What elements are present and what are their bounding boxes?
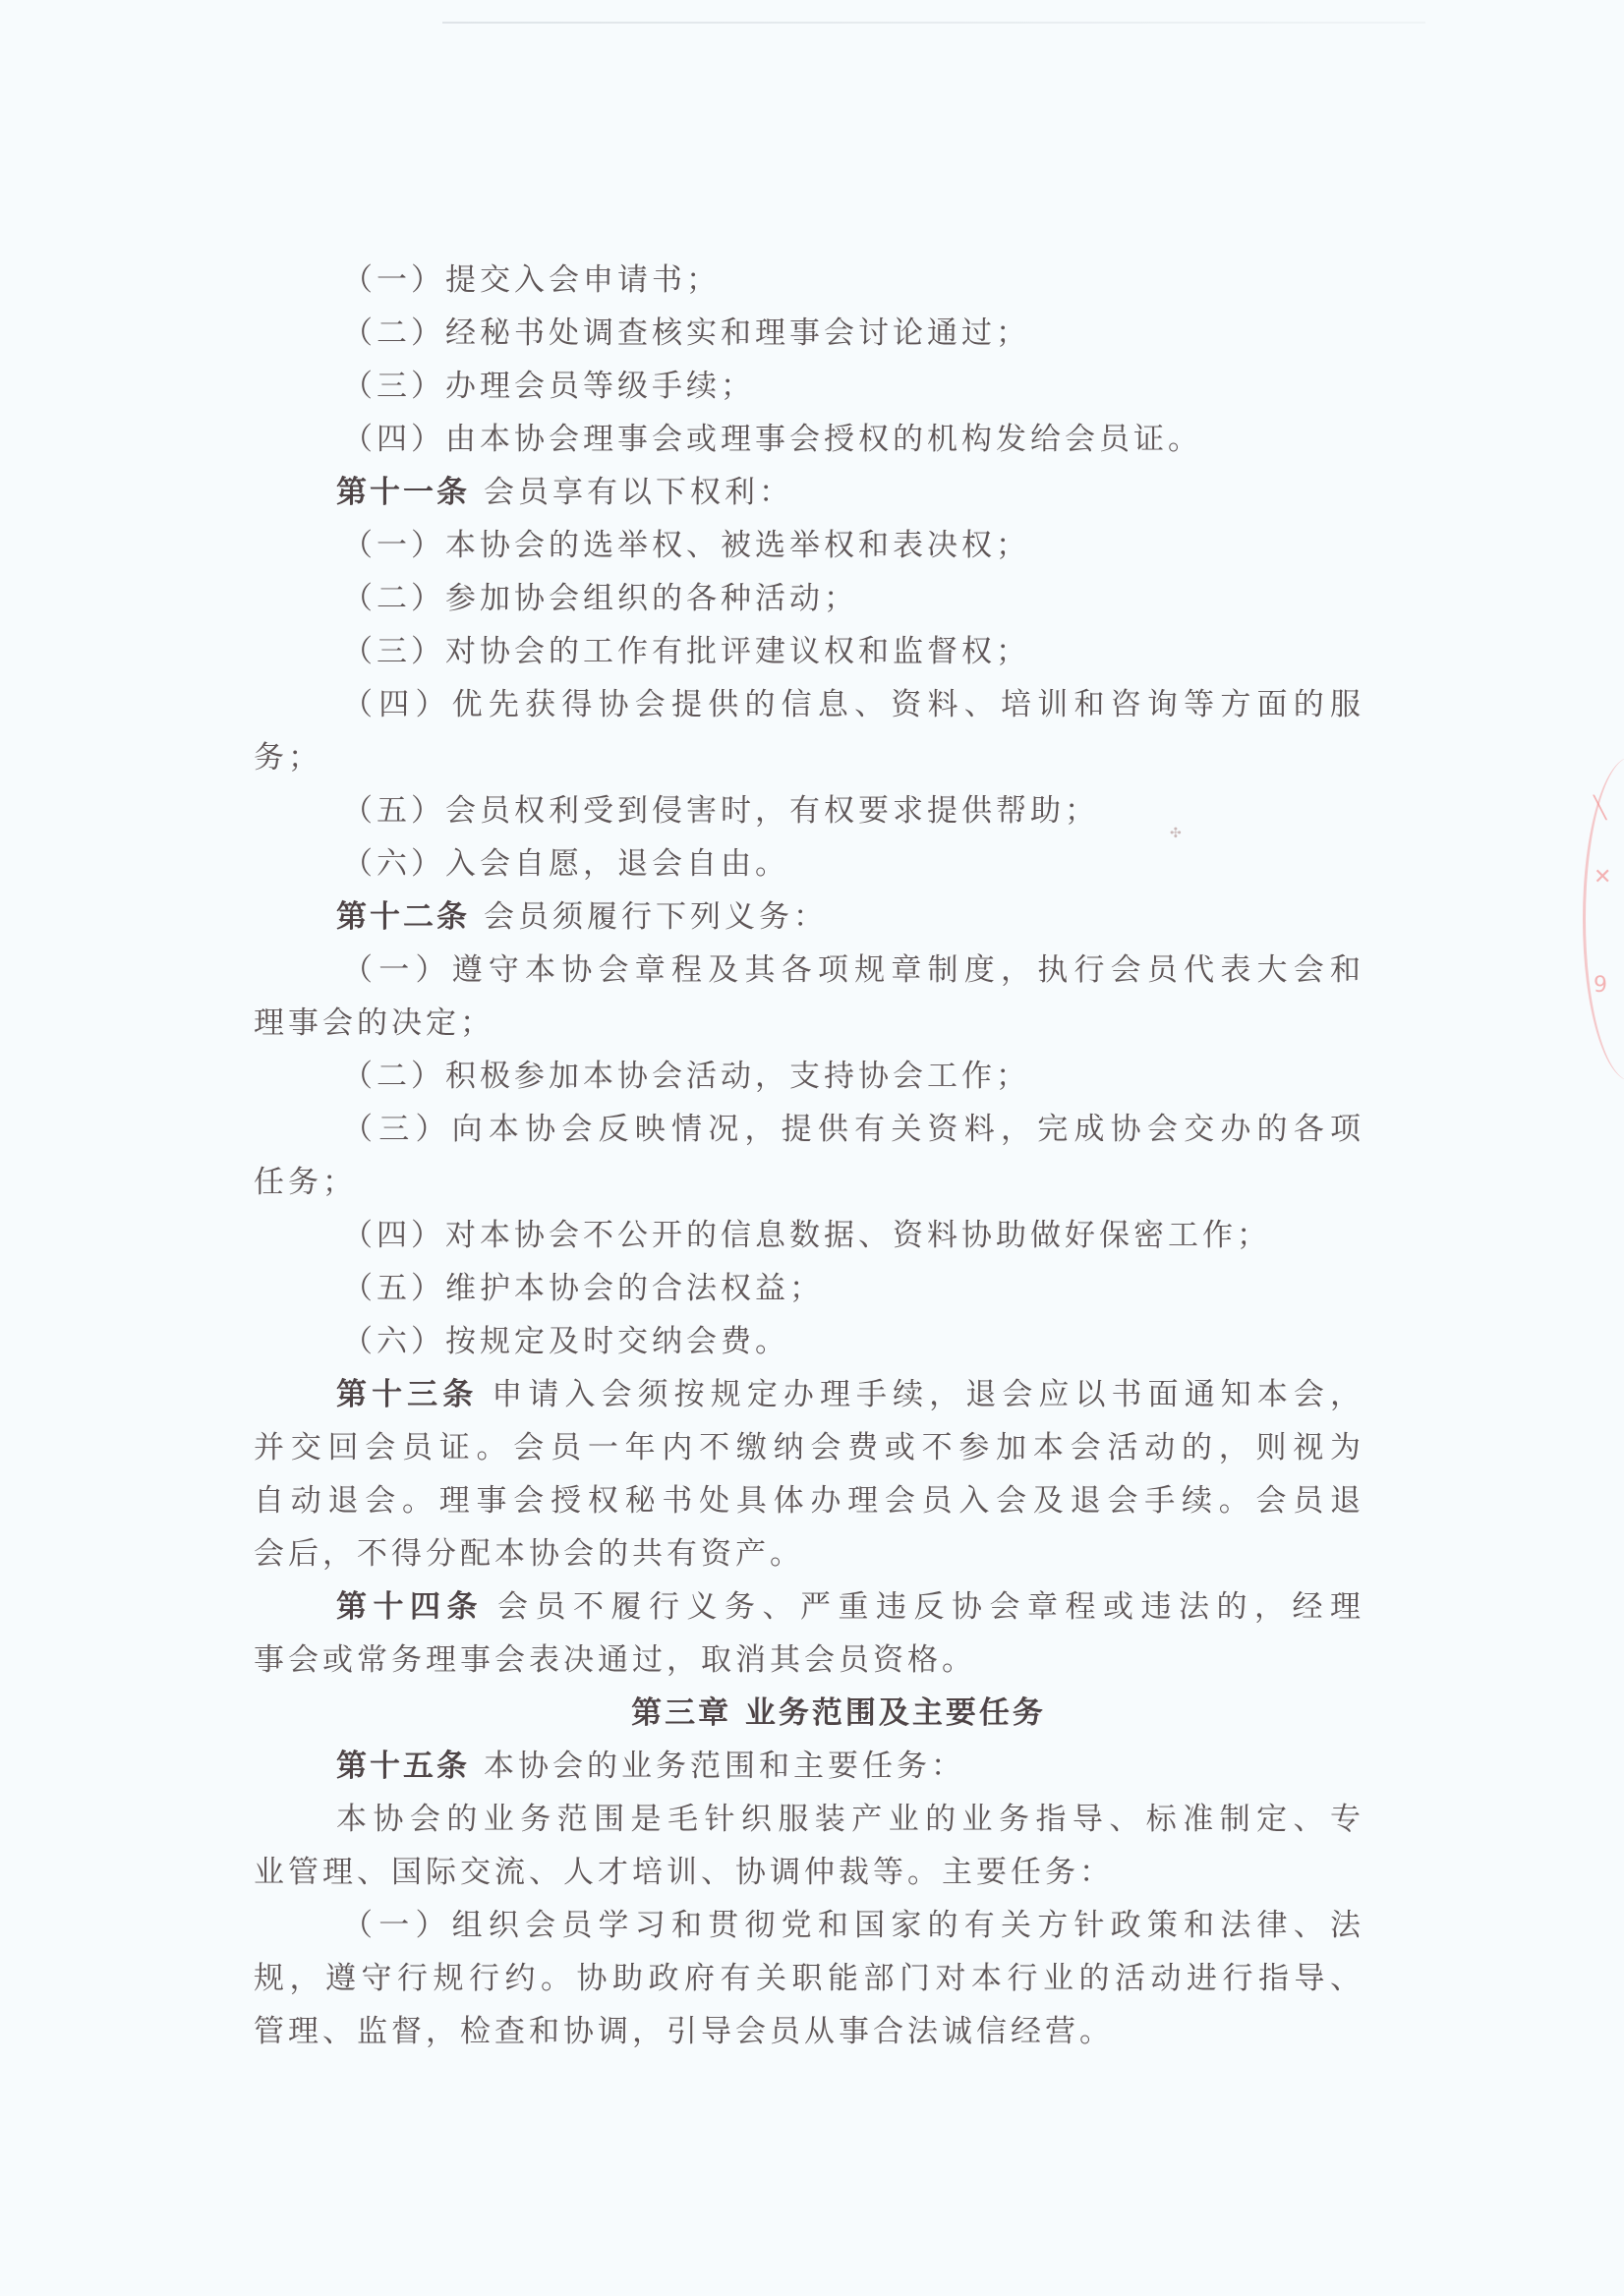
list-item-line: （四）对本协会不公开的信息数据、资料协助做好保密工作； [254, 1209, 1364, 1262]
line-text: （六）入会自愿，退会自由。 [342, 846, 789, 882]
line-text: 会员不履行义务、严重违反协会章程或违法的，经理 [497, 1589, 1364, 1625]
line-text: （一）提交入会申请书； [342, 262, 721, 298]
document-page: （一）提交入会申请书；（二）经秘书处调查核实和理事会讨论通过；（三）办理会员等级… [254, 254, 1364, 2058]
line-text: （一）组织会员学习和贯彻党和国家的有关方针政策和法律、法 [342, 1908, 1364, 1943]
line-text: （四）对本协会不公开的信息数据、资料协助做好保密工作； [342, 1218, 1271, 1253]
list-item-line: （一）提交入会申请书； [254, 254, 1364, 307]
list-item-line: （三）对协会的工作有批评建议权和监督权； [254, 625, 1364, 678]
line-text: （二）参加协会组织的各种活动； [342, 581, 858, 616]
continuation-line: 会后，不得分配本协会的共有资产。 [254, 1527, 1364, 1580]
list-item-line: （二）参加协会组织的各种活动； [254, 572, 1364, 625]
line-text: 自动退会。理事会授权秘书处具体办理会员入会及退会手续。会员退 [254, 1483, 1364, 1519]
article-number: 第十三条 [336, 1377, 478, 1412]
line-text: 会员须履行下列义务： [484, 899, 828, 935]
line-text: （二）经秘书处调查核实和理事会讨论通过； [342, 316, 1030, 351]
article-number: 第十四条 [336, 1589, 484, 1625]
article-line: 第十二条会员须履行下列义务： [254, 890, 1364, 944]
list-item-line: （一）本协会的选举权、被选举权和表决权； [254, 519, 1364, 572]
line-text: （五）会员权利受到侵害时，有权要求提供帮助； [342, 793, 1099, 829]
article-line: 第十四条会员不履行义务、严重违反协会章程或违法的，经理 [254, 1580, 1364, 1634]
article-line: 第十一条会员享有以下权利： [254, 466, 1364, 519]
list-item-line: （五）会员权利受到侵害时，有权要求提供帮助； [254, 784, 1364, 837]
list-item-line: （六）入会自愿，退会自由。 [254, 837, 1364, 890]
line-text: 任务； [254, 1165, 357, 1200]
paragraph-line: 本协会的业务范围是毛针织服装产业的业务指导、标准制定、专 [254, 1793, 1364, 1846]
list-item-line: （四）由本协会理事会或理事会授权的机构发给会员证。 [254, 413, 1364, 466]
line-text: （四）由本协会理事会或理事会授权的机构发给会员证。 [342, 422, 1202, 457]
list-item-line: （五）维护本协会的合法权益； [254, 1262, 1364, 1315]
list-item-line: （六）按规定及时交纳会费。 [254, 1315, 1364, 1368]
continuation-line: 规，遵守行规行约。协助政府有关职能部门对本行业的活动进行指导、 [254, 1952, 1364, 2005]
article-line: 第十五条本协会的业务范围和主要任务： [254, 1740, 1364, 1793]
line-text: 务； [254, 740, 322, 775]
article-line: 第十三条申请入会须按规定办理手续，退会应以书面通知本会， [254, 1368, 1364, 1421]
scan-speck: ✣ [1170, 826, 1182, 841]
list-item-line: （一）遵守本协会章程及其各项规章制度，执行会员代表大会和 [254, 944, 1364, 997]
line-text: 第三章 业务范围及主要任务 [631, 1695, 1046, 1731]
line-text: （一）本协会的选举权、被选举权和表决权； [342, 528, 1030, 563]
line-text: 管理、监督，检查和协调，引导会员从事合法诚信经营。 [254, 2014, 1114, 2049]
list-item-line: （二）经秘书处调查核实和理事会讨论通过； [254, 307, 1364, 360]
line-text: （六）按规定及时交纳会费。 [342, 1324, 789, 1359]
continuation-line: 管理、监督，检查和协调，引导会员从事合法诚信经营。 [254, 2005, 1364, 2058]
article-number: 第十一条 [336, 475, 470, 510]
list-item-line: （四）优先获得协会提供的信息、资料、培训和咨询等方面的服 [254, 678, 1364, 731]
continuation-line: 业管理、国际交流、人才培训、协调仲裁等。主要任务： [254, 1846, 1364, 1899]
line-text: 理事会的决定； [254, 1005, 494, 1041]
continuation-line: 并交回会员证。会员一年内不缴纳会费或不参加本会活动的，则视为 [254, 1421, 1364, 1474]
line-text: （一）遵守本协会章程及其各项规章制度，执行会员代表大会和 [342, 952, 1364, 988]
article-number: 第十二条 [336, 899, 470, 935]
continuation-line: 事会或常务理事会表决通过，取消其会员资格。 [254, 1634, 1364, 1687]
list-item-line: （一）组织会员学习和贯彻党和国家的有关方针政策和法律、法 [254, 1899, 1364, 1952]
line-text: （四）优先获得协会提供的信息、资料、培训和咨询等方面的服 [342, 687, 1364, 722]
line-text: 会后，不得分配本协会的共有资产。 [254, 1536, 804, 1572]
article-number: 第十五条 [336, 1749, 470, 1784]
continuation-line: 自动退会。理事会授权秘书处具体办理会员入会及退会手续。会员退 [254, 1474, 1364, 1527]
chapter-heading: 第三章 业务范围及主要任务 [254, 1687, 1364, 1740]
line-text: 本协会的业务范围和主要任务： [484, 1749, 965, 1784]
line-text: （二）积极参加本协会活动，支持协会工作； [342, 1059, 1030, 1094]
continuation-line: 务； [254, 731, 1364, 784]
line-text: （五）维护本协会的合法权益； [342, 1271, 824, 1306]
list-item-line: （三）办理会员等级手续； [254, 360, 1364, 413]
line-text: 申请入会须按规定办理手续，退会应以书面通知本会， [492, 1377, 1364, 1412]
line-text: （三）对协会的工作有批评建议权和监督权； [342, 634, 1030, 669]
continuation-line: 任务； [254, 1156, 1364, 1209]
line-text: 本协会的业务范围是毛针织服装产业的业务指导、标准制定、专 [336, 1802, 1364, 1837]
continuation-line: 理事会的决定； [254, 997, 1364, 1050]
line-text: （三）办理会员等级手续； [342, 369, 755, 404]
line-text: 并交回会员证。会员一年内不缴纳会费或不参加本会活动的，则视为 [254, 1430, 1364, 1465]
line-text: 会员享有以下权利： [484, 475, 793, 510]
red-seal-stamp-fragment: ╲ ✕ 9 [1583, 757, 1624, 1081]
list-item-line: （三）向本协会反映情况，提供有关资料，完成协会交办的各项 [254, 1103, 1364, 1156]
scan-edge-line [442, 22, 1425, 24]
line-text: 业管理、国际交流、人才培训、协调仲裁等。主要任务： [254, 1855, 1114, 1890]
line-text: 事会或常务理事会表决通过，取消其会员资格。 [254, 1642, 976, 1678]
line-text: 规，遵守行规行约。协助政府有关职能部门对本行业的活动进行指导、 [254, 1961, 1364, 1996]
list-item-line: （二）积极参加本协会活动，支持协会工作； [254, 1050, 1364, 1103]
line-text: （三）向本协会反映情况，提供有关资料，完成协会交办的各项 [342, 1112, 1364, 1147]
